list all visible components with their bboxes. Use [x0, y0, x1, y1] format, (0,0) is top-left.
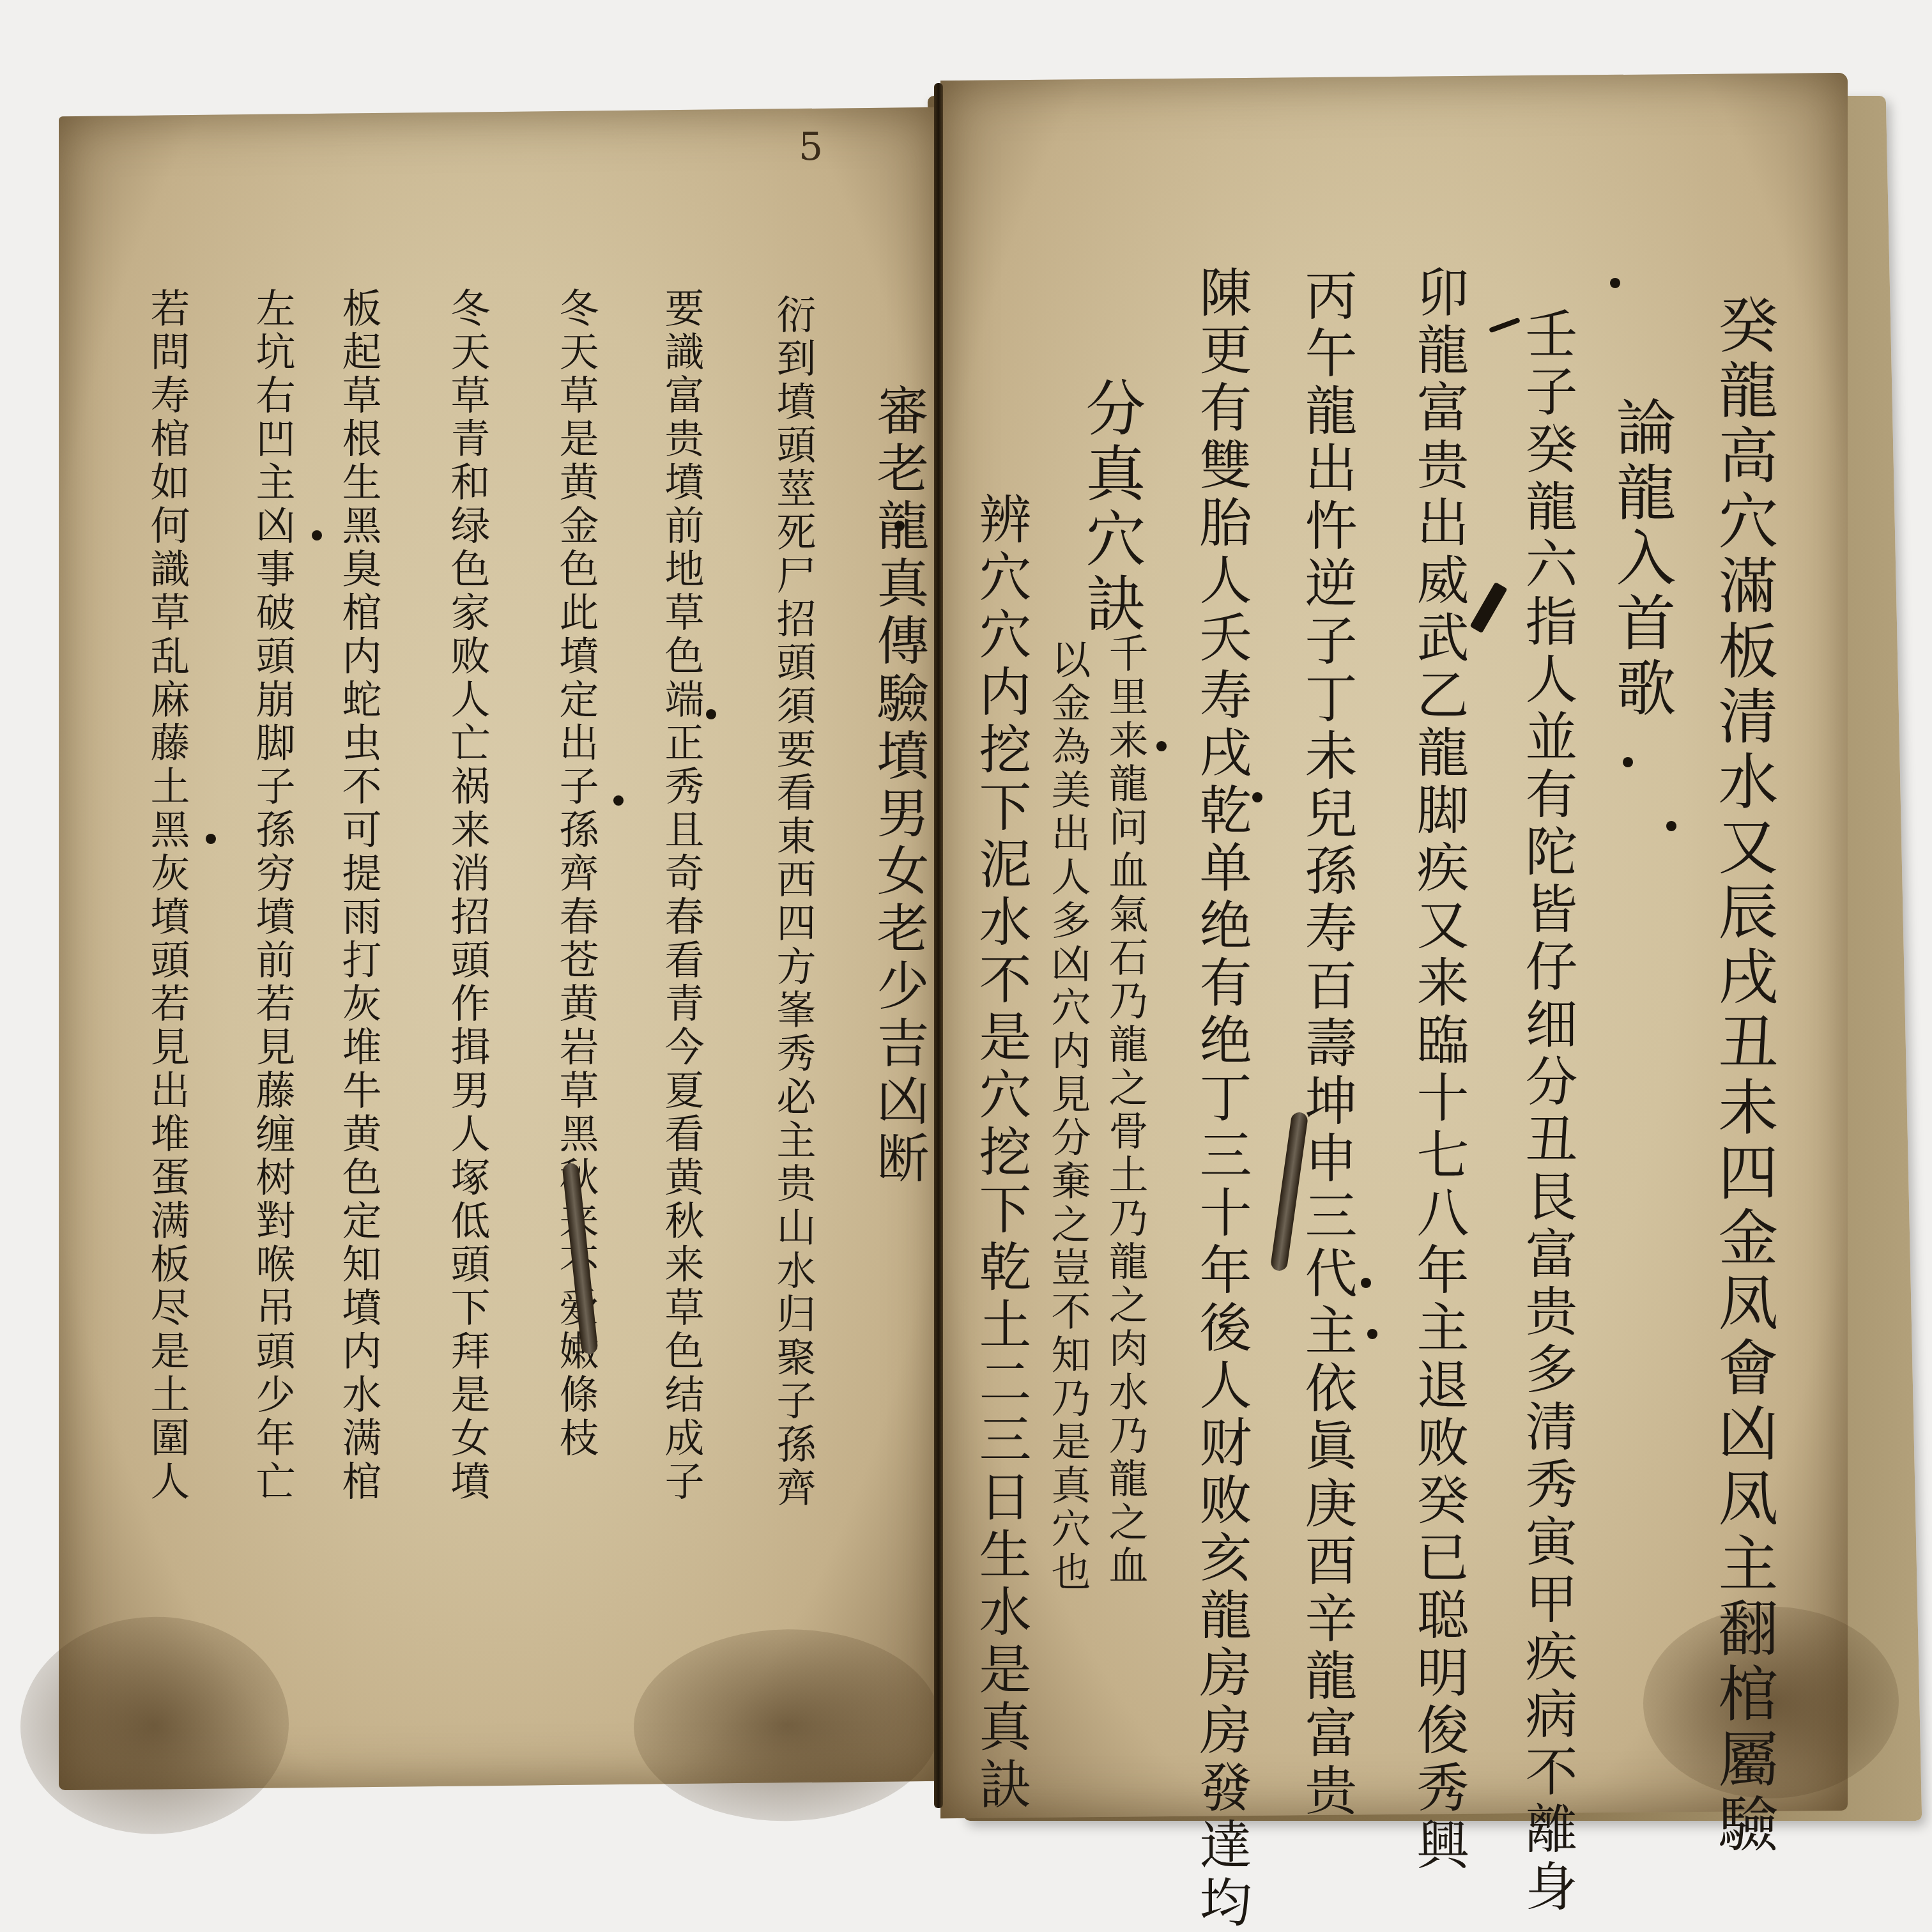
heading-fen-zhen-xue-jue: 分真穴訣	[1080, 377, 1140, 638]
text-column-r8: 千里来龍问血氣石乃龍之骨土乃龍之肉水乃龍之血	[1105, 632, 1145, 1588]
punctuation-dot	[206, 834, 216, 844]
water-stain	[634, 1628, 940, 1823]
punctuation-dot	[706, 709, 716, 719]
text-column-r5: 丙午龍出忤逆子丁未兒孫寿百壽坤申三代主依眞庚酉辛龍富贵	[1300, 268, 1353, 1821]
punctuation-dot	[1367, 1329, 1377, 1339]
text-column-r3: 壬子癸龍六指人並有陀皆仔细分丑艮富贵多清秀寅甲疾病不離身	[1521, 307, 1573, 1917]
text-column-l5: 冬天草青和绿色家败人亡祸来消招頭作揖男人塚低頭下拜是女墳	[447, 287, 487, 1504]
punctuation-dot	[894, 521, 905, 531]
text-column-r4: 卯龍富贵出威武乙龍脚疾又来臨十七八年主退败癸已聪明俊秀興	[1412, 265, 1464, 1875]
text-column-r9: 以金為美出人多凶穴内見分棄之豈不知乃是真穴也	[1048, 639, 1087, 1595]
punctuation-dot	[1361, 1278, 1371, 1288]
text-column-r10: 辨穴穴内挖下泥水不是穴挖下乾土二三日生水是真訣	[974, 492, 1027, 1814]
punctuation-dot	[1252, 792, 1262, 802]
text-column-r6: 陳更有雙胎人夭寿戌乾单绝有绝丁三十年後人财败亥龍房房發達均	[1195, 265, 1247, 1932]
chapter-title-shen-lao-long: 審老龍真傳驗墳男女老少吉凶断	[872, 383, 924, 1188]
text-column-l7: 左坑右凹主凶事破頭崩脚子孫穷墳前若見藤缠树對喉吊頭少年亡	[252, 287, 292, 1504]
text-column-l2: 衍到墳頭莖死尸招頭須要看東西四方峯秀必主贵山水归聚子孫齊	[773, 294, 813, 1510]
punctuation-dot	[1156, 741, 1167, 751]
water-stain	[20, 1615, 289, 1835]
punctuation-dot	[312, 530, 322, 540]
punctuation-dot	[1623, 757, 1633, 767]
text-column-l8: 若問寿棺如何識草乱麻藤土黑灰墳頭若見出堆蛋满板尽是土圍人	[147, 287, 187, 1504]
punctuation-dot	[1610, 278, 1620, 288]
heading-lun-long-ru-shou-ge: 論龍入首歌	[1610, 396, 1670, 722]
page-number: 5	[799, 125, 823, 169]
book-gutter	[934, 83, 943, 1808]
text-column-l3: 要識富贵墳前地草色端正秀且奇春看青今夏看黄秋来草色结成子	[661, 287, 701, 1504]
text-column-r1: 癸龍高穴滿板清水又辰戌丑未四金凤會凶凤主翻棺屬驗	[1712, 294, 1772, 1858]
text-column-l6: 板起草根生黑臭棺内蛇虫不可提雨打灰堆牛黄色定知墳内水满棺	[339, 287, 378, 1504]
punctuation-dot	[1666, 821, 1676, 831]
punctuation-dot	[613, 795, 624, 806]
